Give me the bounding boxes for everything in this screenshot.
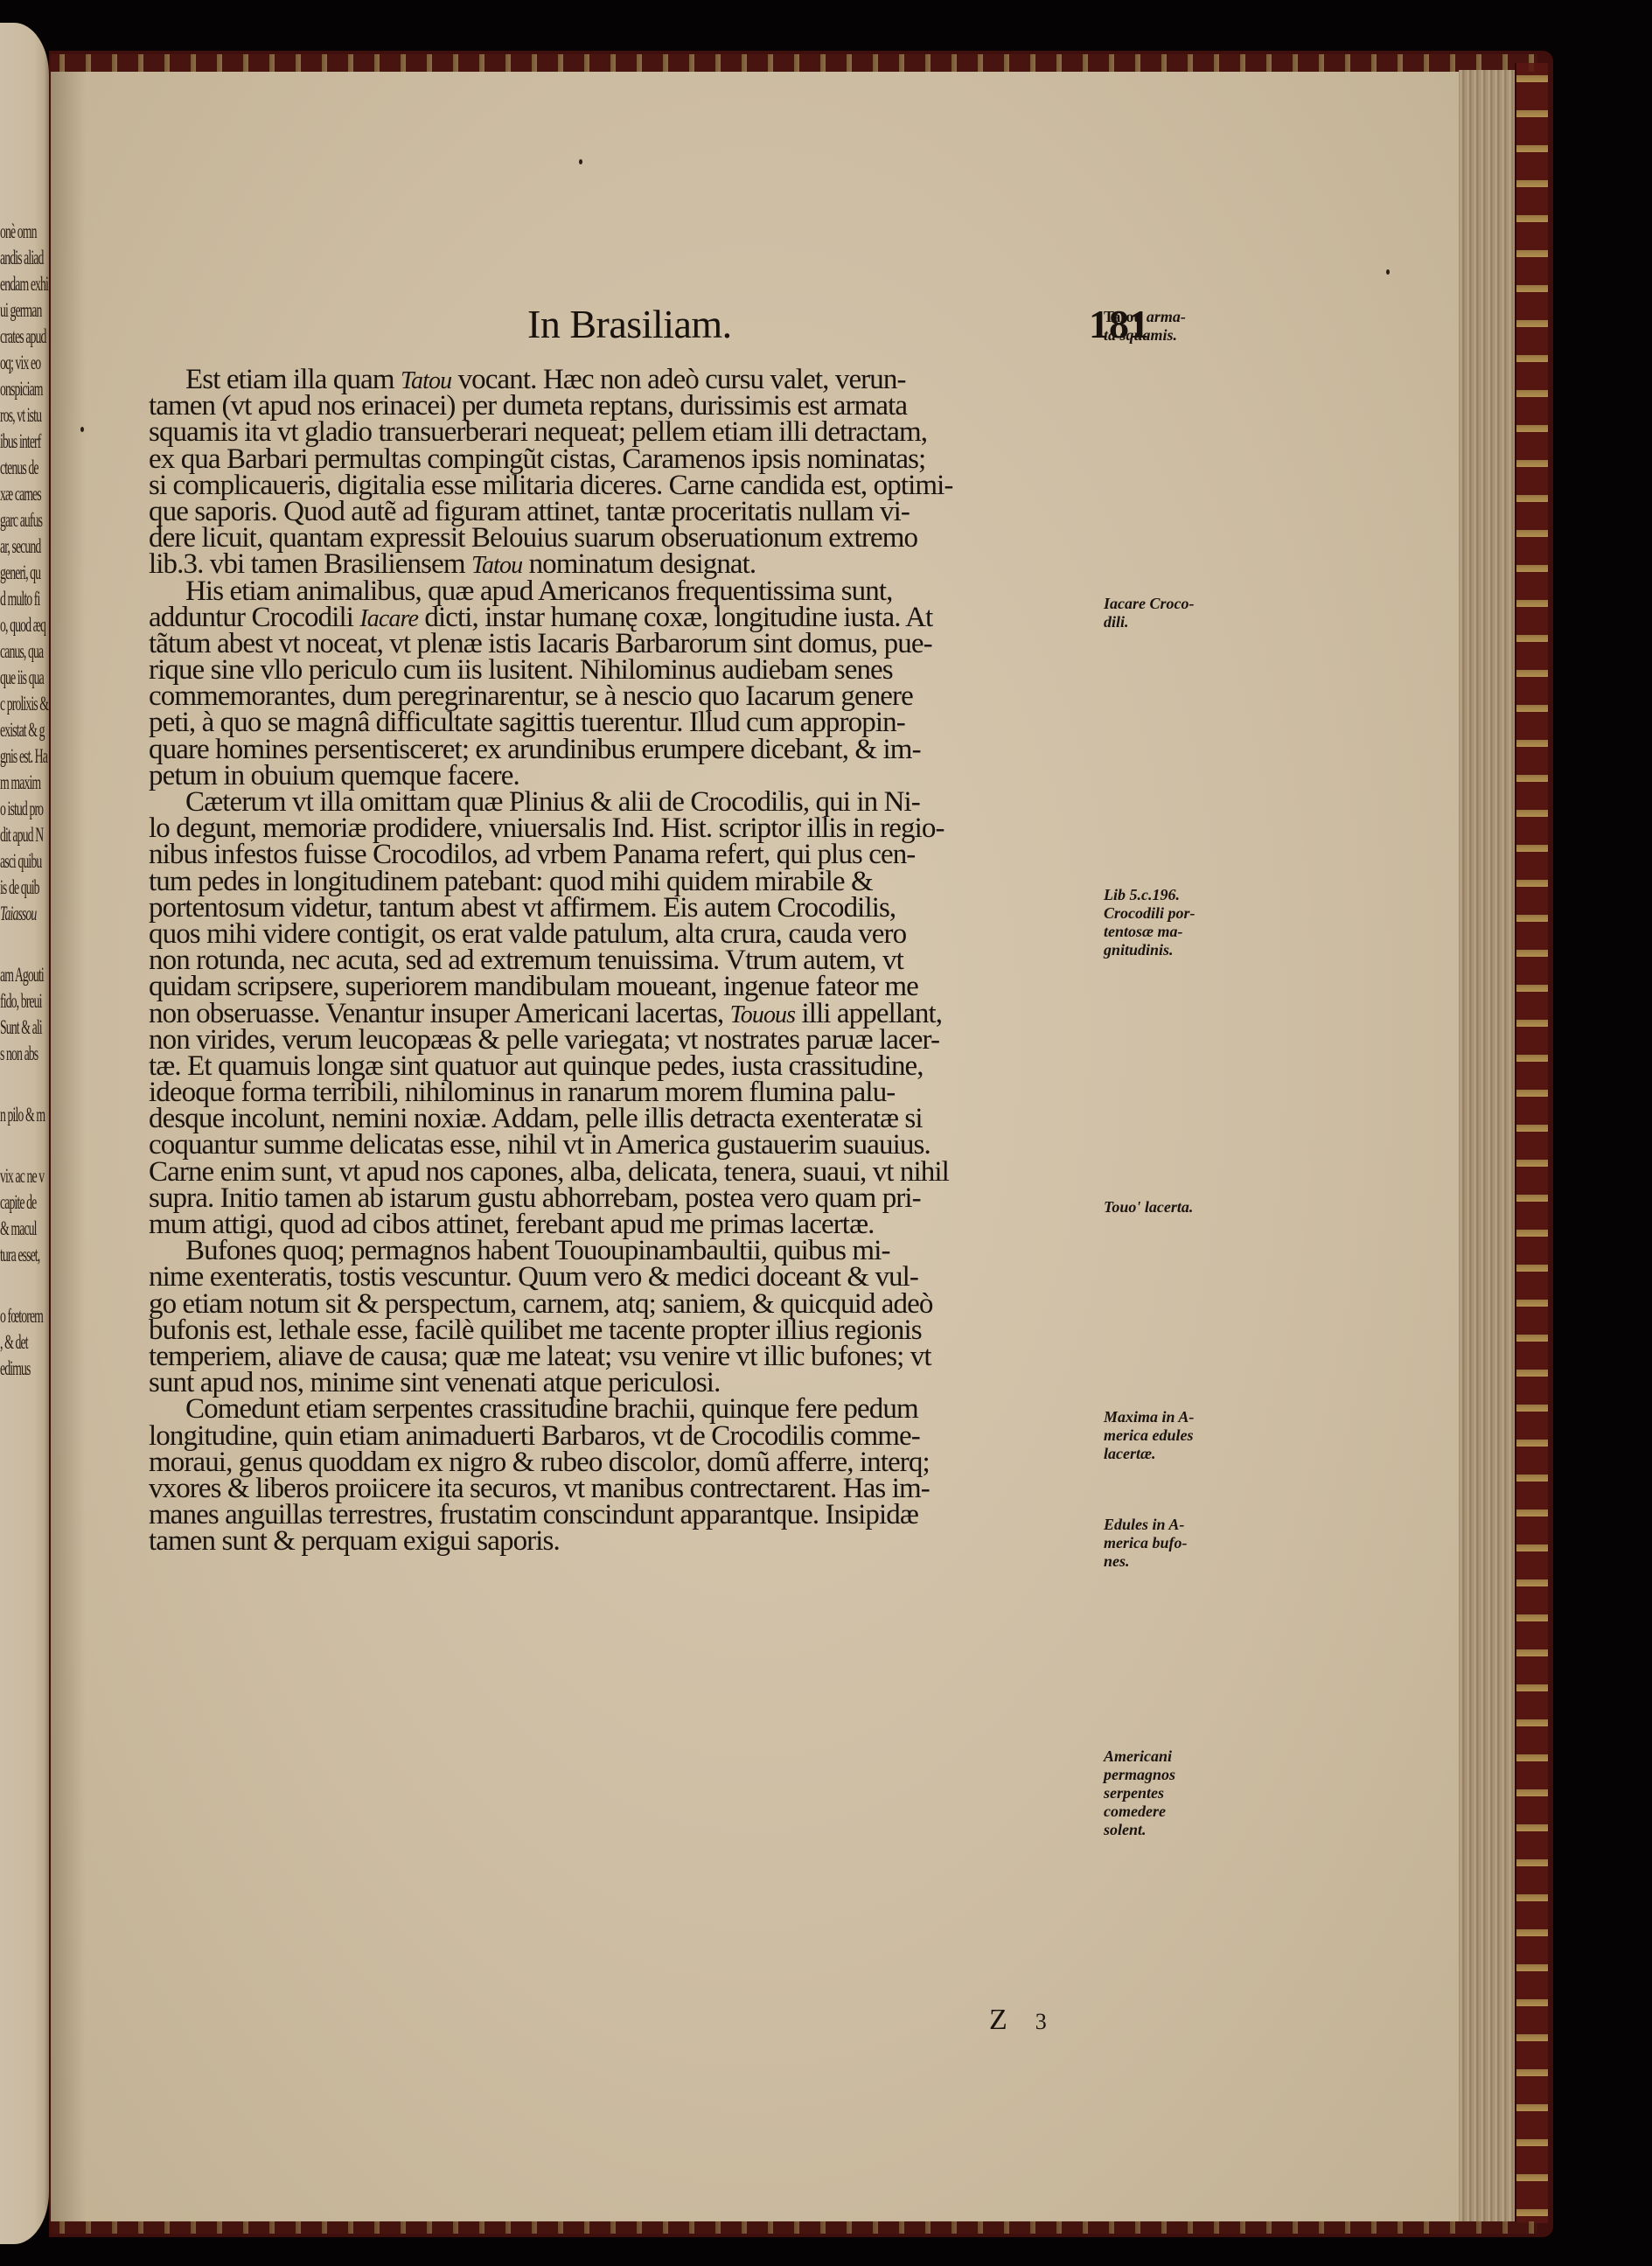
signature-mark: Z3: [989, 2004, 1047, 2037]
facing-page-text-fragment: n pilo & m: [0, 1104, 49, 1126]
text-line: si complicaueris, digitalia esse militar…: [149, 472, 1150, 499]
text-line: ideoque forma terribili, nihilominus in …: [149, 1079, 1150, 1105]
margin-note: Maxima in A-merica eduleslacertæ.: [1104, 1408, 1194, 1463]
text-line: supra. Initio tamen ab istarum gustu abh…: [149, 1185, 1150, 1211]
facing-page-text-fragment: ui german: [0, 299, 49, 322]
facing-page-text-fragment: xæ carnes: [0, 483, 49, 505]
text-line: peti, à quo se magnâ difficultate sagitt…: [149, 709, 1150, 736]
margin-note-line: solent.: [1104, 1821, 1175, 1839]
gilt-border-top: [51, 54, 1537, 72]
margin-note-line: nes.: [1104, 1552, 1187, 1571]
facing-page-text-fragment: oq; vix eo: [0, 352, 49, 374]
signature-letter: Z: [989, 2004, 1007, 2036]
facing-page-text-fragment: onspiciam: [0, 378, 49, 401]
text-line: portentosum videtur, tantum abest vt aff…: [149, 895, 1150, 921]
facing-page-text-fragment: fido, breui: [0, 990, 49, 1013]
margin-note: Tatou arma-ta squamis.: [1104, 308, 1186, 345]
margin-note-line: Touo' lacerta.: [1104, 1198, 1193, 1217]
margin-note-line: Maxima in A-: [1104, 1408, 1194, 1426]
facing-page-text-fragment: , & det: [0, 1331, 49, 1354]
facing-page-text-fragment: Sunt & ali: [0, 1016, 49, 1039]
text-line: vxores & liberos proiicere ita securos, …: [149, 1475, 1150, 1502]
facing-page-text-fragment: o, quod æq: [0, 614, 49, 637]
margin-note-line: Edules in A-: [1104, 1516, 1187, 1534]
margin-note-line: Iacare Croco-: [1104, 595, 1194, 613]
page-fore-edge: [1459, 70, 1515, 2221]
facing-page-text-fragment: onè omn: [0, 220, 49, 243]
facing-page-text-fragment: capite de: [0, 1191, 49, 1214]
facing-page-text-fragment: tura esset,: [0, 1244, 49, 1266]
margin-note-line: merica bufo-: [1104, 1534, 1187, 1552]
facing-page-text-fragment: s non abs: [0, 1042, 49, 1065]
text-line: tum pedes in longitudinem patebant: quod…: [149, 868, 1150, 895]
text-line: Carne enim sunt, vt apud nos capones, al…: [149, 1159, 1150, 1185]
text-line: mum attigi, quod ad cibos attinet, fereb…: [149, 1211, 1150, 1238]
text-line: longitudine, quin etiam animaduerti Barb…: [149, 1423, 1150, 1449]
text-line: quos mihi videre contigit, os erat valde…: [149, 921, 1150, 947]
facing-page-text-fragment: crates apud: [0, 325, 49, 348]
margin-note-line: tentosæ ma-: [1104, 923, 1195, 941]
facing-page-text-fragment: o fœtorem: [0, 1305, 49, 1328]
running-head: In Brasiliam.: [527, 301, 732, 347]
text-line: dere licuit, quantam expressit Belouius …: [149, 525, 1150, 551]
margin-note-line: comedere: [1104, 1802, 1175, 1821]
facing-page-text-fragment: o istud pro: [0, 798, 49, 820]
text-line: ex qua Barbari permultas compingũt cista…: [149, 446, 1150, 472]
book-page: In Brasiliam. 181 Est etiam illa quam Ta…: [51, 72, 1459, 2221]
facing-page-text-fragment: asci quibu: [0, 850, 49, 873]
facing-page-text-fragment: endam exhi: [0, 273, 49, 296]
facing-page-text-fragment: gnis est. Ha: [0, 745, 49, 768]
margin-note-line: gnitudinis.: [1104, 941, 1195, 959]
margin-note-line: ta squamis.: [1104, 326, 1186, 345]
facing-page-text-fragment: canus, qua: [0, 640, 49, 663]
margin-note-line: permagnos: [1104, 1766, 1175, 1784]
gilt-border-bottom: [51, 2221, 1537, 2234]
margin-note-line: lacertæ.: [1104, 1445, 1194, 1463]
facing-page-text-fragment: ctenus de: [0, 457, 49, 479]
body-text: Est etiam illa quam Tatou vocant. Hæc no…: [149, 366, 1150, 1554]
facing-page-text-fragment: ibus interf: [0, 430, 49, 453]
text-line: manes anguillas terrestres, frustatim co…: [149, 1502, 1150, 1528]
text-line: que saporis. Quod autẽ ad figuram attine…: [149, 499, 1150, 525]
text-line: Comedunt etiam serpentes crassitudine br…: [149, 1396, 1150, 1422]
ink-speck: [80, 427, 84, 432]
signature-number: 3: [1035, 2009, 1047, 2034]
text-line: sunt apud nos, minime sint venenati atqu…: [149, 1370, 1150, 1396]
facing-page-text-fragment: & macul: [0, 1217, 49, 1240]
text-line: tãtum abest vt noceat, vt plenæ istis Ia…: [149, 631, 1150, 657]
text-line: commemorantes, dum peregrinarentur, se à…: [149, 683, 1150, 709]
ink-speck: [1386, 269, 1390, 275]
text-line: petum in obuium quemque facere.: [149, 763, 1150, 789]
text-line: non virides, verum leucopæas & pelle var…: [149, 1027, 1150, 1053]
margin-note: Iacare Croco-dili.: [1104, 595, 1194, 631]
facing-page-text-fragment: c prolixis &: [0, 693, 49, 715]
text-line: His etiam animalibus, quæ apud Americano…: [149, 578, 1150, 604]
text-line: squamis ita vt gladio transuerberari neq…: [149, 419, 1150, 445]
facing-page-text-fragment: m maxim: [0, 771, 49, 794]
facing-page-text-fragment: existat & g: [0, 719, 49, 742]
text-line: non rotunda, nec acuta, sed ad extremum …: [149, 947, 1150, 973]
margin-note: Lib 5.c.196.Crocodili por-tentosæ ma-gni…: [1104, 886, 1195, 959]
text-line: adduntur Crocodili Iacare dicti, instar …: [149, 604, 1150, 631]
facing-page-text-fragment: is de quib: [0, 876, 49, 899]
text-line: temperiem, aliave de causa; quæ me latea…: [149, 1343, 1150, 1370]
text-line: quare homines persentisceret; ex arundin…: [149, 736, 1150, 763]
text-line: nibus infestos fuisse Crocodilos, ad vrb…: [149, 841, 1150, 868]
margin-note: Touo' lacerta.: [1104, 1198, 1193, 1217]
text-line: tæ. Et quamuis longæ sint quatuor aut qu…: [149, 1053, 1150, 1079]
facing-page-text-fragment: Taiassou: [0, 903, 49, 925]
facing-page-text-fragment: vix ac ne v: [0, 1165, 49, 1188]
margin-note-line: Crocodili por-: [1104, 904, 1195, 923]
ink-speck: [579, 159, 582, 164]
text-line: tamen sunt & perquam exigui saporis.: [149, 1528, 1150, 1554]
facing-page-text-fragment: garc aufus: [0, 509, 49, 532]
facing-page-text-fragment: andis aliad: [0, 247, 49, 269]
facing-page-text-fragment: que iis qua: [0, 666, 49, 689]
text-line: lo degunt, memoriæ prodidere, vniuersali…: [149, 815, 1150, 841]
text-line: rique sine vllo periculo cum iis lusiten…: [149, 657, 1150, 683]
facing-page-text-fragment: am Agouti: [0, 964, 49, 987]
facing-page-text-fragment: dit apud N: [0, 824, 49, 847]
text-line: non obseruasse. Venantur insuper America…: [149, 1001, 1150, 1027]
facing-page-text-fragment: ar, secund: [0, 535, 49, 558]
margin-note-line: dili.: [1104, 613, 1194, 631]
left-facing-page: onè omnandis aliadendam exhiui germancra…: [0, 23, 49, 2244]
margin-note-line: Lib 5.c.196.: [1104, 886, 1195, 904]
facing-page-text-fragment: generi, qu: [0, 561, 49, 584]
text-line: Bufones quoq; permagnos habent Tououpina…: [149, 1238, 1150, 1264]
margin-note-line: merica edules: [1104, 1426, 1194, 1445]
text-line: Cæterum vt illa omittam quæ Plinius & al…: [149, 789, 1150, 815]
gilt-border-right: [1515, 63, 1548, 2223]
margin-note-line: serpentes: [1104, 1784, 1175, 1802]
text-segment: tamen sunt & perquam exigui saporis.: [149, 1525, 560, 1557]
text-line: lib.3. vbi tamen Brasiliensem Tatou nomi…: [149, 551, 1150, 577]
margin-note-line: Americani: [1104, 1747, 1175, 1766]
text-line: quidam scripsere, superiorem mandibulam …: [149, 973, 1150, 1000]
text-line: Est etiam illa quam Tatou vocant. Hæc no…: [149, 366, 1150, 393]
text-line: desque incolunt, nemini noxiæ. Addam, pe…: [149, 1105, 1150, 1132]
facing-page-text-fragment: d multo fi: [0, 588, 49, 610]
text-line: moraui, genus quoddam ex nigro & rubeo d…: [149, 1449, 1150, 1475]
text-line: nime exenteratis, tostis vescuntur. Quum…: [149, 1264, 1150, 1290]
text-line: coquantur summe delicatas esse, nihil vt…: [149, 1132, 1150, 1158]
margin-note-line: Tatou arma-: [1104, 308, 1186, 326]
margin-note: Americanipermagnosserpentescomederesolen…: [1104, 1747, 1175, 1839]
margin-note: Edules in A-merica bufo-nes.: [1104, 1516, 1187, 1571]
text-line: tamen (vt apud nos erinacei) per dumeta …: [149, 393, 1150, 419]
facing-page-text-fragment: edimus: [0, 1357, 49, 1380]
text-line: bufonis est, lethale esse, facilè quilib…: [149, 1317, 1150, 1343]
text-line: go etiam notum sit & perspectum, carnem,…: [149, 1291, 1150, 1317]
facing-page-text-fragment: ros, vt istu: [0, 404, 49, 427]
